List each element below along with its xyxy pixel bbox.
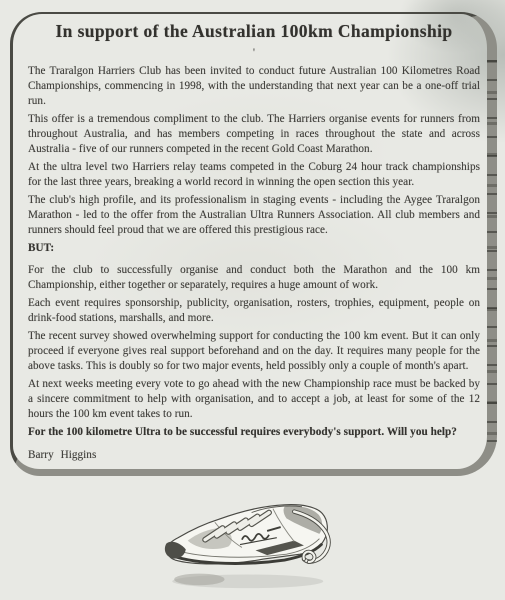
paragraph-organise-work: For the club to successfully organise an… <box>28 263 480 293</box>
page-title: In support of the Australian 100km Champ… <box>28 18 480 44</box>
paragraph-invitation: The Traralgon Harriers Club has been inv… <box>28 64 480 109</box>
paragraph-requirements: Each event requires sponsorship, publici… <box>28 296 480 326</box>
paragraph-ultra-level: At the ultra level two Harriers relay te… <box>28 160 480 190</box>
shoe-shadow-dark <box>174 574 224 586</box>
but-heading: BUT: <box>28 241 480 256</box>
document-content: In support of the Australian 100km Champ… <box>28 18 480 466</box>
closing-emphasis: For the 100 kilometre Ultra to be succes… <box>28 425 480 440</box>
stray-mark: ' <box>28 46 480 59</box>
paragraph-compliment: This offer is a tremendous compliment to… <box>28 112 480 157</box>
paragraph-meeting-vote: At next weeks meeting every vote to go a… <box>28 377 480 422</box>
signature: Barry Higgins <box>28 448 480 463</box>
paragraph-survey: The recent survey showed overwhelming su… <box>28 329 480 374</box>
paragraph-high-profile: The club's high profile, and its profess… <box>28 193 480 238</box>
running-shoe-illustration <box>158 499 353 591</box>
